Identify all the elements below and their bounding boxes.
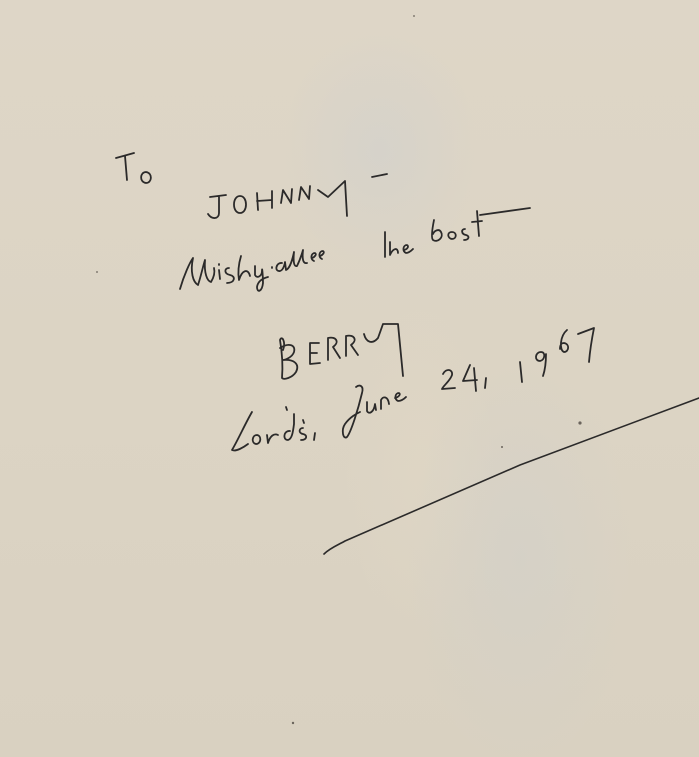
underline-stroke (324, 398, 699, 554)
handwritten-place-date (232, 328, 594, 450)
handwriting-strokes (0, 0, 699, 757)
handwritten-signature (280, 324, 403, 379)
handwritten-to (116, 153, 151, 183)
paper-page: To JOHNNY — Wishing all the best — BERRY… (0, 0, 699, 757)
handwritten-message (180, 208, 530, 291)
paper-specks (96, 15, 582, 724)
handwritten-johnny (208, 174, 387, 218)
